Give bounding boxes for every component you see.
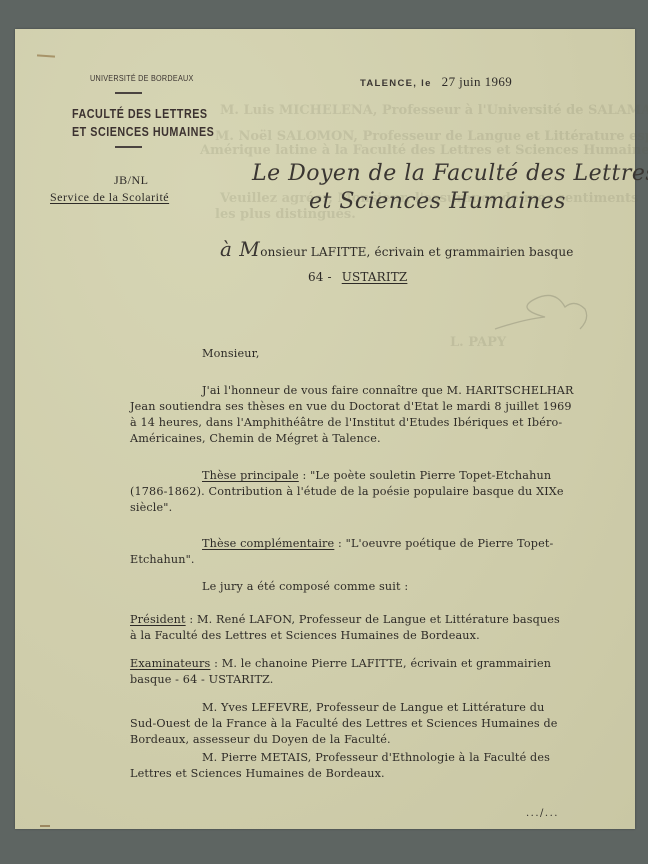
president-label: Président xyxy=(130,613,186,626)
letter-date: 27 juin 1969 xyxy=(442,74,513,89)
faculty-name-line1: FACULTÉ DES LETTRES xyxy=(72,107,208,121)
reference-code: JB/NL xyxy=(114,173,149,188)
sender-line1: Le Doyen de la Faculté des Lettres xyxy=(252,161,648,186)
sender-line2: et Sciences Humaines xyxy=(309,189,566,214)
place-label: TALENCE, le xyxy=(360,78,432,89)
recipient-line: à Monsieur LAFITTE, écrivain et grammair… xyxy=(220,237,573,261)
bleed-through-text: M. Luis MICHELENA, Professeur à l'Univer… xyxy=(220,103,648,118)
recipient-name: onsieur LAFITTE, écrivain et grammairien… xyxy=(260,245,573,259)
continuation-mark: .../... xyxy=(526,806,559,822)
para1-line4: Américaines, Chemin de Mégret à Talence. xyxy=(130,431,381,447)
these-complementaire-line1: Thèse complémentaire : "L'oeuvre poétiqu… xyxy=(202,536,553,552)
president-line1: Président : M. René LAFON, Professeur de… xyxy=(130,612,560,628)
president-line2: à la Faculté des Lettres et Sciences Hum… xyxy=(130,628,480,644)
these-principale-line3: siècle". xyxy=(130,500,172,516)
bleed-through-text: Amérique latine à la Faculté des Lettres… xyxy=(200,143,648,158)
bleed-through-text: M. Noël SALOMON, Professeur de Langue et… xyxy=(215,129,648,144)
lefevre-line1: M. Yves LEFEVRE, Professeur de Langue et… xyxy=(202,700,544,716)
recipient-address: 64 - USTARITZ xyxy=(308,269,407,285)
letter-page: M. Luis MICHELENA, Professeur à l'Univer… xyxy=(15,29,635,829)
jury-intro: Le jury a été composé comme suit : xyxy=(202,579,408,595)
metais-line2: Lettres et Sciences Humaines de Bordeaux… xyxy=(130,766,385,782)
salutation: Monsieur, xyxy=(202,346,260,362)
recipient-dept: 64 - xyxy=(308,270,332,284)
these-principale-label: Thèse principale xyxy=(202,469,299,482)
recipient-prefix: à M xyxy=(220,237,260,261)
examinateurs-label: Examinateurs xyxy=(130,657,210,670)
these-principale-line2: (1786-1862). Contribution à l'étude de l… xyxy=(130,484,564,500)
these-complementaire-label: Thèse complémentaire xyxy=(202,537,334,550)
faculty-name-line2: ET SCIENCES HUMAINES xyxy=(72,125,214,139)
service-name: Service de la Scolarité xyxy=(50,190,169,205)
place-date: TALENCE, le 27 juin 1969 xyxy=(360,73,512,91)
university-name: UNIVERSITÉ DE BORDEAUX xyxy=(90,73,194,83)
lefevre-line2: Sud-Ouest de la France à la Faculté des … xyxy=(130,716,558,732)
these-principale-line1: Thèse principale : "Le poète souletin Pi… xyxy=(202,468,551,484)
these-complementaire-line2: Etchahun". xyxy=(130,552,195,568)
divider xyxy=(115,92,142,94)
examinateurs-line1: Examinateurs : M. le chanoine Pierre LAF… xyxy=(130,656,551,672)
staple-mark xyxy=(40,825,50,827)
staple-mark xyxy=(37,54,55,57)
metais-line1: M. Pierre METAIS, Professeur d'Ethnologi… xyxy=(202,750,550,766)
recipient-city: USTARITZ xyxy=(342,270,408,284)
signature-bleed-icon xyxy=(485,279,595,339)
lefevre-line3: Bordeaux, assesseur du Doyen de la Facul… xyxy=(130,732,391,748)
para1-line3: à 14 heures, dans l'Amphithéâtre de l'In… xyxy=(130,415,562,431)
para1-line2: Jean soutiendra ses thèses en vue du Doc… xyxy=(130,399,572,415)
para1-line1: J'ai l'honneur de vous faire connaître q… xyxy=(202,383,574,399)
examinateurs-line2: basque - 64 - USTARITZ. xyxy=(130,672,274,688)
divider xyxy=(115,146,142,148)
